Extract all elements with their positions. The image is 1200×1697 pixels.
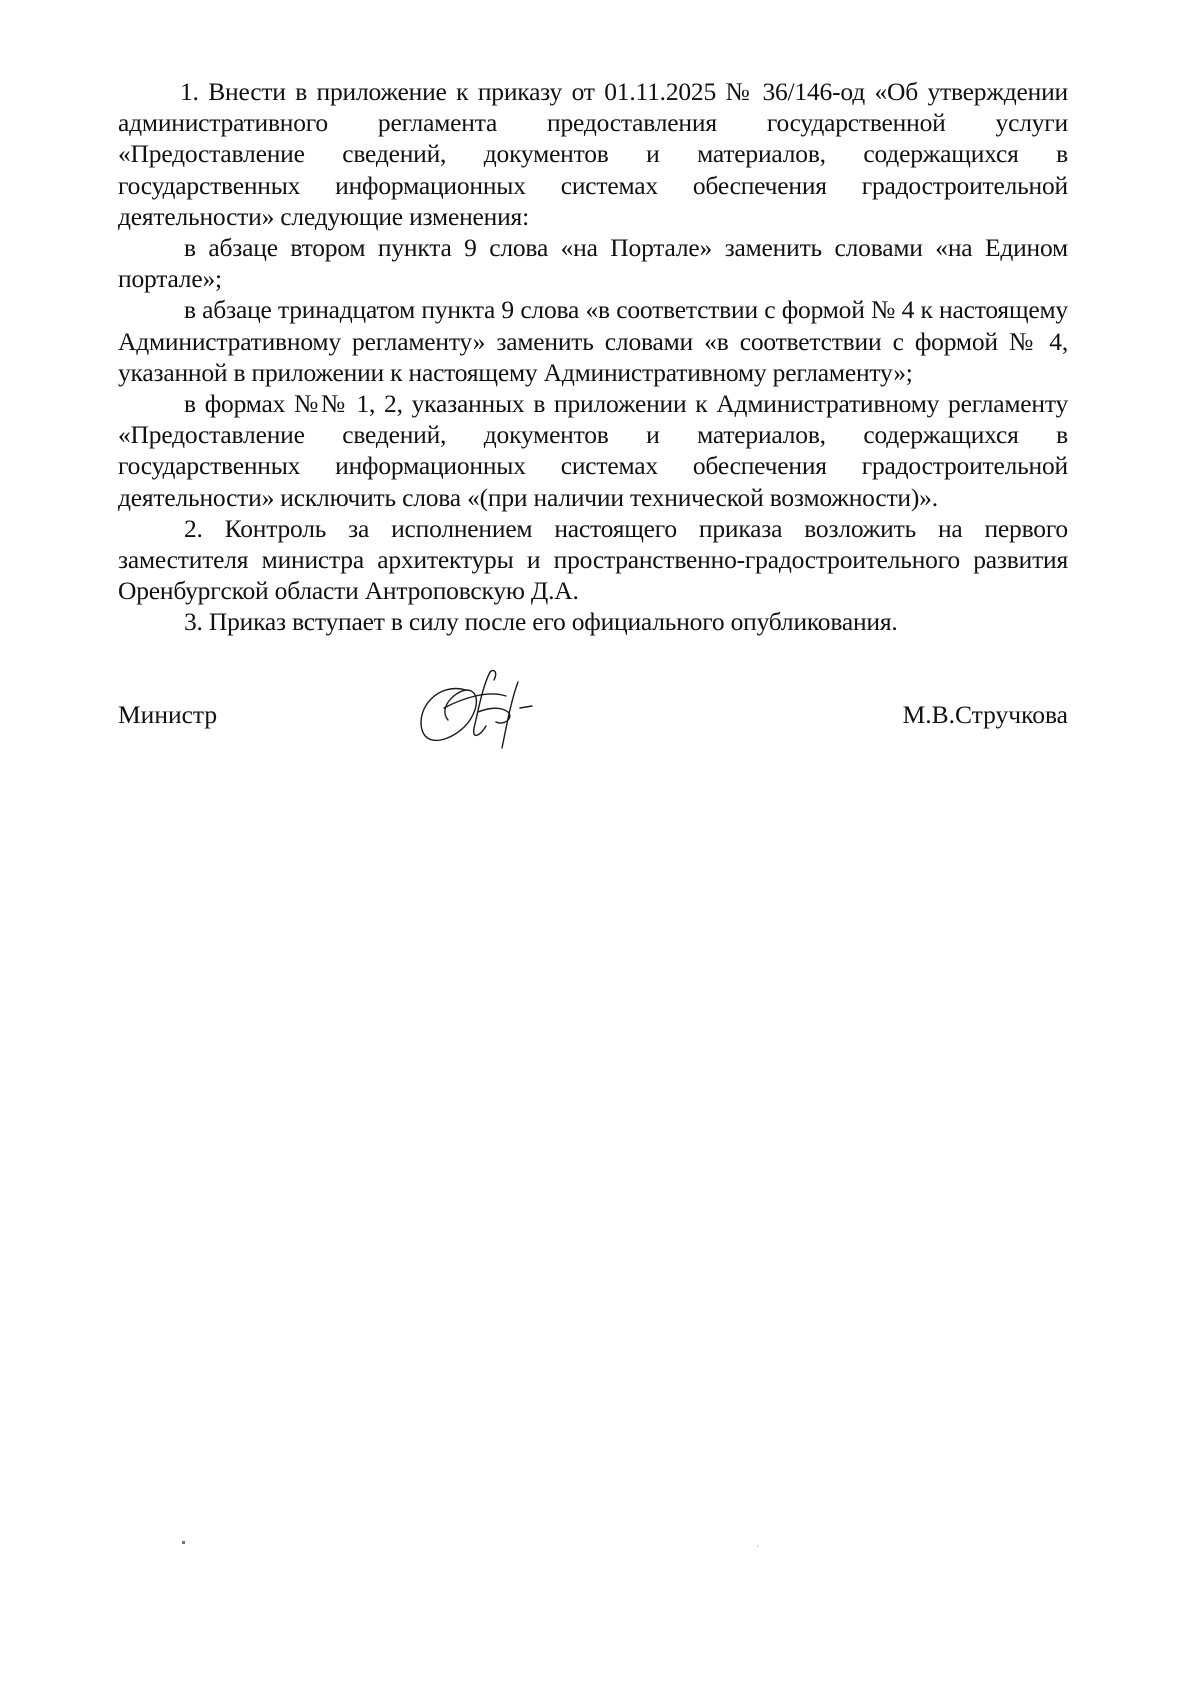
paragraph-item-3: 3. Приказ вступает в силу после его офиц… [118, 606, 1068, 637]
document-page: 1. Внести в приложение к приказу от 01.1… [0, 0, 1200, 1697]
scan-artifact [182, 1541, 185, 1544]
handwritten-signature-icon [408, 668, 588, 758]
paragraph-item-2: 2. Контроль за исполнением настоящего пр… [118, 513, 1068, 607]
paragraph-item-1b: в абзаце тринадцатом пункта 9 слова «в с… [118, 294, 1068, 388]
document-body: 1. Внести в приложение к приказу от 01.1… [118, 76, 1068, 638]
scan-artifact [757, 1545, 758, 1547]
paragraph-item-1c: в формах №№ 1, 2, указанных в приложении… [118, 388, 1068, 513]
paragraph-item-1: 1. Внести в приложение к приказу от 01.1… [118, 76, 1068, 232]
signatory-position: Министр [118, 700, 217, 730]
paragraph-item-1a: в абзаце втором пункта 9 слова «на Порта… [118, 232, 1068, 294]
signatory-name: М.В.Стручкова [903, 700, 1068, 730]
signature-block: Министр М.В.Стручкова [118, 700, 1068, 760]
